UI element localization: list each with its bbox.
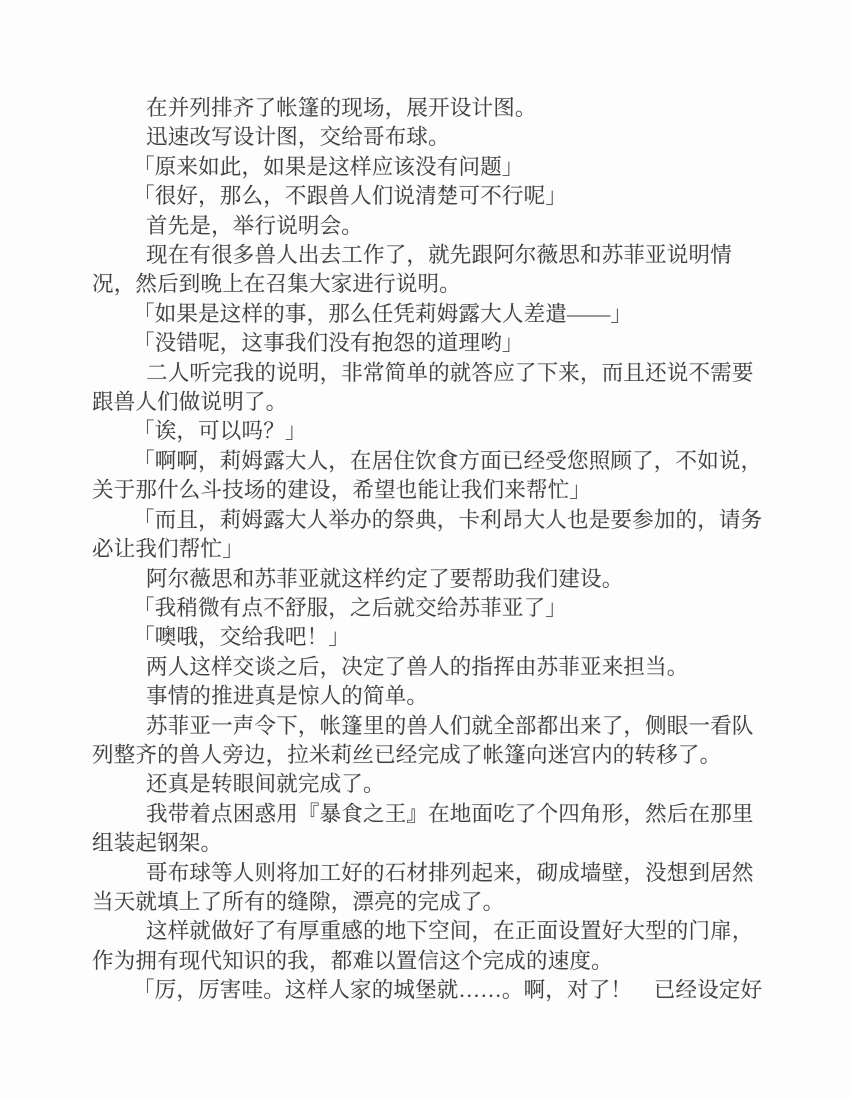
text-line: 迅速改写设计图，交给哥布球。 <box>92 123 760 152</box>
text-line: 关于那什么斗技场的建设，希望也能让我们来帮忙」 <box>92 476 760 505</box>
novel-page: 在并列排齐了帐篷的现场，展开设计图。 迅速改写设计图，交给哥布球。 「原来如此，… <box>0 0 850 1100</box>
text-line: 「如果是这样的事，那么任凭莉姆露大人差遣——」 <box>92 300 760 329</box>
text-line: 这样就做好了有厚重感的地下空间，在正面设置好大型的门扉， <box>92 917 760 946</box>
text-line: 必让我们帮忙」 <box>92 535 760 564</box>
text-line: 跟兽人们做说明了。 <box>92 388 760 417</box>
text-line: 「厉，厉害哇。这样人家的城堡就……。啊，对了！ 已经设定好 <box>92 976 760 1005</box>
text-line: 两人这样交谈之后，决定了兽人的指挥由苏菲亚来担当。 <box>92 653 760 682</box>
text-line: 「没错呢，这事我们没有抱怨的道理哟」 <box>92 329 760 358</box>
text-line: 「噢哦，交给我吧！」 <box>92 623 760 652</box>
text-line: 苏菲亚一声令下，帐篷里的兽人们就全部都出来了，侧眼一看队 <box>92 712 760 741</box>
text-line: 在并列排齐了帐篷的现场，展开设计图。 <box>92 94 760 123</box>
text-block: 在并列排齐了帐篷的现场，展开设计图。 迅速改写设计图，交给哥布球。 「原来如此，… <box>92 94 760 1006</box>
text-line: 「诶，可以吗？」 <box>92 417 760 446</box>
text-line: 首先是，举行说明会。 <box>92 212 760 241</box>
text-line: 哥布球等人则将加工好的石材排列起来，砌成墙壁，没想到居然 <box>92 859 760 888</box>
text-line: 「我稍微有点不舒服，之后就交给苏菲亚了」 <box>92 594 760 623</box>
text-line: 「很好，那么，不跟兽人们说清楚可不行呢」 <box>92 182 760 211</box>
text-line: 况，然后到晚上在召集大家进行说明。 <box>92 270 760 299</box>
text-line: 还真是转眼间就完成了。 <box>92 770 760 799</box>
text-line: 现在有很多兽人出去工作了，就先跟阿尔薇思和苏菲亚说明情 <box>92 241 760 270</box>
text-line: 作为拥有现代知识的我，都难以置信这个完成的速度。 <box>92 947 760 976</box>
text-line: 阿尔薇思和苏菲亚就这样约定了要帮助我们建设。 <box>92 565 760 594</box>
text-line: 「啊啊，莉姆露大人，在居住饮食方面已经受您照顾了，不如说， <box>92 447 760 476</box>
text-line: 当天就填上了所有的缝隙，漂亮的完成了。 <box>92 888 760 917</box>
text-line: 事情的推进真是惊人的简单。 <box>92 682 760 711</box>
text-line: 二人听完我的说明，非常简单的就答应了下来，而且还说不需要 <box>92 359 760 388</box>
text-line: 「原来如此，如果是这样应该没有问题」 <box>92 153 760 182</box>
text-line: 列整齐的兽人旁边，拉米莉丝已经完成了帐篷向迷宫内的转移了。 <box>92 741 760 770</box>
text-line: 我带着点困惑用『暴食之王』在地面吃了个四角形，然后在那里 <box>92 800 760 829</box>
text-line: 组装起钢架。 <box>92 829 760 858</box>
text-line: 「而且，莉姆露大人举办的祭典，卡利昂大人也是要参加的，请务 <box>92 506 760 535</box>
